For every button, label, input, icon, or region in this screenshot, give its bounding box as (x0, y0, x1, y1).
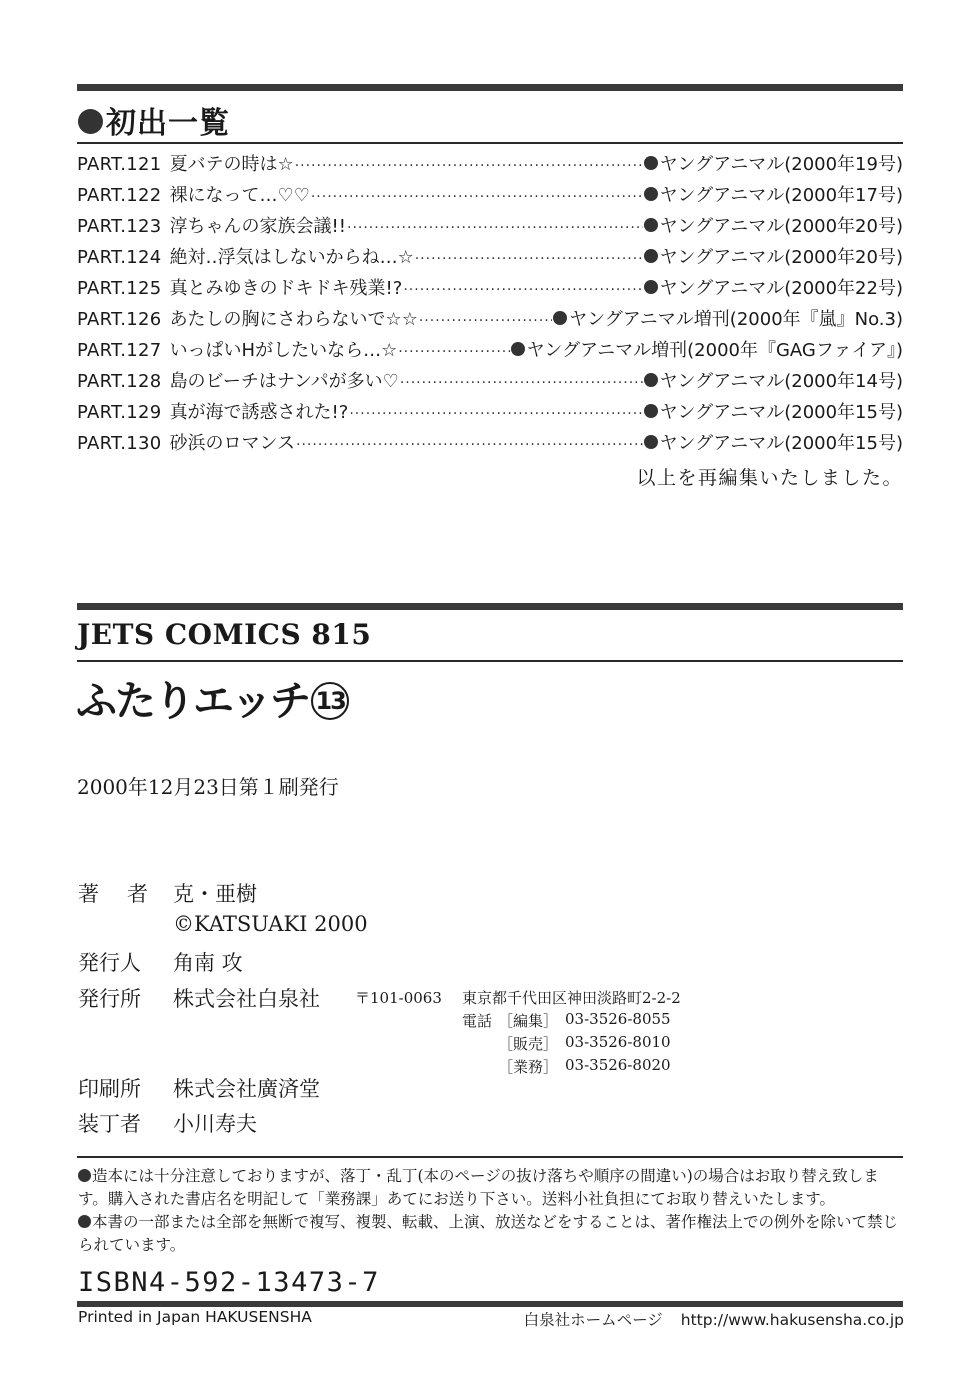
toc-row: PART.121 夏バテの時は☆ ヤングアニマル(2000年19号) (77, 150, 903, 181)
toc-row: PART.129 真が海で誘惑された!? ヤングアニマル(2000年15号) (77, 398, 903, 429)
dot-leader (296, 437, 643, 453)
part-number: PART.121 (77, 154, 162, 175)
postal-code: 〒101-0063 (355, 987, 442, 1008)
part-title: 真が海で誘惑された!? (170, 398, 349, 424)
source-text: ヤングアニマル(2000年20号) (660, 216, 903, 237)
part-source: ヤングアニマル(2000年22号) (644, 274, 903, 300)
part-source: ヤングアニマル(2000年14号) (644, 367, 903, 393)
author-name: 克・亜樹 (173, 878, 257, 908)
top-thick-rule (77, 84, 903, 91)
section-title-text: 初出一覧 (106, 106, 230, 141)
bullet-icon (78, 1169, 91, 1182)
volume-number-badge: 13 (311, 682, 349, 720)
part-title: あたしの胸にさわらないで☆☆ (170, 305, 418, 331)
isbn: ISBN4-592-13473-7 (78, 1267, 380, 1298)
copyright-line: ©KATSUAKI 2000 (173, 912, 368, 936)
dot-leader (400, 375, 643, 391)
section-title-first-appearance: 初出一覧 (78, 98, 230, 142)
part-title: 砂浜のロマンス (170, 429, 295, 455)
bullet-icon (644, 218, 658, 232)
dot-leader (415, 251, 643, 267)
book-info-thick-rule (77, 603, 903, 610)
notice-text: 造本には十分注意しておりますが、落丁・乱丁(本のページの抜け落ちや順序の間違い)… (78, 1167, 879, 1208)
part-number: PART.127 (77, 340, 162, 361)
notice-item: 本書の一部または全部を無断で複写、複製、転載、上演、放送などをすることは、著作権… (78, 1211, 904, 1257)
part-number: PART.128 (77, 371, 162, 392)
part-title: 夏バテの時は☆ (170, 150, 294, 176)
publisher-label: 発行所 (78, 983, 141, 1013)
part-number: PART.130 (77, 433, 162, 454)
publisher-homepage: 白泉社ホームページhttp://www.hakusensha.co.jp (524, 1308, 904, 1330)
publisher-name: 株式会社白泉社 (173, 983, 320, 1013)
part-number: PART.126 (77, 309, 162, 330)
notices: 造本には十分注意しておりますが、落丁・乱丁(本のページの抜け落ちや順序の間違い)… (78, 1165, 904, 1257)
bullet-icon (644, 249, 658, 263)
book-title-text: ふたりエッチ (76, 677, 309, 725)
toc-row: PART.122 裸になって…♡♡ ヤングアニマル(2000年17号) (77, 181, 903, 212)
part-number: PART.123 (77, 216, 162, 237)
toc-row: PART.128 島のビーチはナンパが多い♡ ヤングアニマル(2000年14号) (77, 367, 903, 398)
part-number: PART.124 (77, 247, 162, 268)
part-source: ヤングアニマル(2000年17号) (644, 181, 903, 207)
toc-row: PART.125 真とみゆきのドキドキ残業!? ヤングアニマル(2000年22号… (77, 274, 903, 305)
bullet-icon (78, 109, 103, 134)
dot-leader (349, 406, 642, 422)
bullet-icon (644, 280, 658, 294)
author-label: 著者 (78, 878, 176, 908)
publisher-person-label: 発行人 (78, 947, 141, 977)
bullet-icon (644, 187, 658, 201)
bullet-icon (78, 1215, 91, 1228)
part-number: PART.122 (77, 185, 162, 206)
source-text: ヤングアニマル(2000年20号) (660, 247, 903, 268)
part-source: ヤングアニマル(2000年20号) (644, 243, 903, 269)
designer-label: 装丁者 (78, 1108, 141, 1138)
reedit-note: 以上を再編集いたしました。 (636, 463, 903, 490)
part-source: ヤングアニマル増刊(2000年『嵐』No.3) (553, 305, 903, 331)
dot-leader (311, 189, 643, 205)
toc-row: PART.127 いっぱいHがしたいなら…☆ ヤングアニマル増刊(2000年『G… (77, 336, 903, 367)
part-title: 淳ちゃんの家族会議!! (170, 212, 346, 238)
phone-label: 電話 (462, 1010, 492, 1031)
part-title: いっぱいHがしたいなら…☆ (170, 336, 398, 362)
printer-label: 印刷所 (78, 1073, 141, 1103)
phone-dept-editorial: ［編集］ (498, 1010, 558, 1031)
phone-number-editorial: 03-3526-8055 (565, 1010, 671, 1028)
source-text: ヤングアニマル(2000年15号) (660, 402, 903, 423)
part-source: ヤングアニマル(2000年19号) (644, 150, 903, 176)
phone-number-operations: 03-3526-8020 (565, 1056, 671, 1074)
publisher-address: 東京都千代田区神田淡路町2-2-2 (462, 987, 681, 1008)
source-text: ヤングアニマル増刊(2000年『嵐』No.3) (569, 309, 903, 330)
source-text: ヤングアニマル(2000年14号) (660, 371, 903, 392)
source-text: ヤングアニマル(2000年22号) (660, 278, 903, 299)
bullet-icon (644, 156, 658, 170)
toc-row: PART.124 絶対‥浮気はしないからね…☆ ヤングアニマル(2000年20号… (77, 243, 903, 274)
part-number: PART.125 (77, 278, 162, 299)
publication-date: 2000年12月23日第１刷発行 (77, 771, 339, 800)
section-divider (77, 142, 903, 144)
bullet-icon (644, 404, 658, 418)
series-divider (77, 660, 903, 662)
phone-number-sales: 03-3526-8010 (565, 1033, 671, 1051)
part-source: ヤングアニマル(2000年15号) (644, 429, 903, 455)
source-text: ヤングアニマル増刊(2000年『GAGファイア』) (527, 340, 903, 361)
bullet-icon (644, 435, 658, 449)
book-title: ふたりエッチ13 (76, 668, 349, 727)
designer-name: 小川寿夫 (173, 1108, 257, 1138)
part-source: ヤングアニマル(2000年20号) (644, 212, 903, 238)
toc-row: PART.126 あたしの胸にさわらないで☆☆ ヤングアニマル増刊(2000年『… (77, 305, 903, 336)
dot-leader (295, 158, 643, 174)
notice-text: 本書の一部または全部を無断で複写、複製、転載、上演、放送などをすることは、著作権… (78, 1213, 898, 1254)
part-title: 島のビーチはナンパが多い♡ (170, 367, 399, 393)
homepage-label: 白泉社ホームページ (524, 1311, 663, 1329)
part-number: PART.129 (77, 402, 162, 423)
source-text: ヤングアニマル(2000年15号) (660, 433, 903, 454)
printer-name: 株式会社廣済堂 (173, 1073, 320, 1103)
part-title: 真とみゆきのドキドキ残業!? (170, 274, 403, 300)
toc-row: PART.123 淳ちゃんの家族会議!! ヤングアニマル(2000年20号) (77, 212, 903, 243)
notice-item: 造本には十分注意しておりますが、落丁・乱丁(本のページの抜け落ちや順序の間違い)… (78, 1165, 904, 1211)
dot-leader (403, 282, 642, 298)
bullet-icon (644, 373, 658, 387)
part-title: 絶対‥浮気はしないからね…☆ (170, 243, 414, 269)
series-label: JETS COMICS 815 (77, 618, 371, 651)
part-source: ヤングアニマル増刊(2000年『GAGファイア』) (511, 336, 903, 362)
source-text: ヤングアニマル(2000年17号) (660, 185, 903, 206)
part-title: 裸になって…♡♡ (170, 181, 310, 207)
toc-row: PART.130 砂浜のロマンス ヤングアニマル(2000年15号) (77, 429, 903, 460)
notice-divider (77, 1156, 903, 1158)
dot-leader (347, 220, 643, 236)
phone-dept-operations: ［業務］ (498, 1056, 558, 1077)
bullet-icon (553, 311, 567, 325)
source-text: ヤングアニマル(2000年19号) (660, 154, 903, 175)
footer-thick-rule (77, 1301, 903, 1307)
bullet-icon (511, 342, 525, 356)
dot-leader (419, 313, 552, 329)
part-source: ヤングアニマル(2000年15号) (644, 398, 903, 424)
printed-in-label: Printed in Japan HAKUSENSHA (78, 1308, 312, 1326)
phone-dept-sales: ［販売］ (498, 1033, 558, 1054)
homepage-url[interactable]: http://www.hakusensha.co.jp (681, 1311, 904, 1329)
publisher-person: 角南 攻 (173, 947, 243, 977)
dot-leader (398, 344, 509, 360)
first-appearance-list: PART.121 夏バテの時は☆ ヤングアニマル(2000年19号) PART.… (77, 150, 903, 460)
